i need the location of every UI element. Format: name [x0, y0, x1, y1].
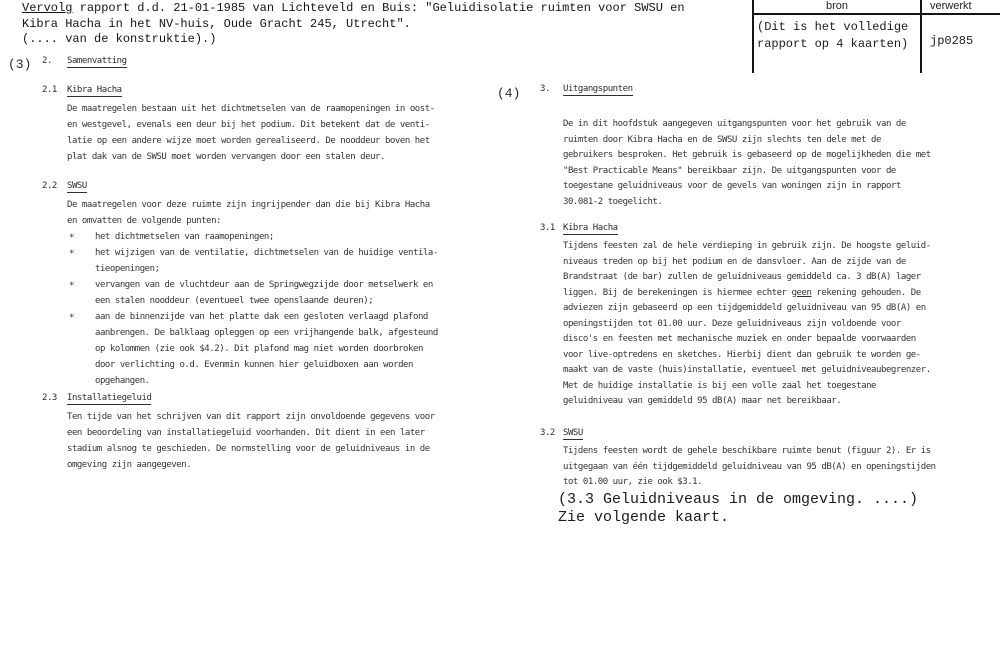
card-column-divider [920, 0, 922, 73]
section-3-2-swsu: 3.2 SWSU Tijdens feesten wordt de gehele… [540, 428, 995, 491]
bullet-item: * het wijzigen van de ventilatie, dichtm… [67, 245, 512, 277]
bullet-text: het wijzigen van de ventilatie, dichtmet… [95, 245, 512, 277]
section-title: Kibra Hacha [563, 223, 618, 235]
section-heading: 2.2 SWSU [42, 181, 512, 197]
section-intro: De maatregelen voor deze ruimte zijn ing… [67, 197, 512, 229]
bullet-item: * vervangen van de vluchtdeur aan de Spr… [67, 277, 512, 309]
bullet-marker: * [69, 278, 74, 294]
section-title: Samenvatting [67, 56, 127, 68]
section-3-uitgangspunten: 3. Uitgangspunten De in dit hoofdstuk aa… [540, 84, 995, 210]
bullet-text: vervangen van de vluchtdeur aan de Sprin… [95, 277, 512, 309]
scanned-report-card: Vervolg rapport d.d. 21-01-1985 van Lich… [0, 0, 1000, 649]
card-header-bron: bron [754, 0, 920, 12]
section-title: Installatiegeluid [67, 393, 151, 405]
section-number: 3.1 [540, 223, 555, 233]
section-heading: 3. Uitgangspunten [540, 84, 995, 100]
section-title: SWSU [563, 428, 583, 440]
section-number: 3. [540, 84, 550, 94]
section-title: SWSU [67, 181, 87, 193]
page-marker-3: (3) [8, 57, 31, 72]
section-title: Kibra Hacha [67, 85, 122, 97]
card-value-verwerkt: jp0285 [930, 34, 973, 48]
section-2-1-kibra-hacha: 2.1 Kibra Hacha De maatregelen bestaan u… [42, 85, 512, 165]
section-body: Tijdens feesten zal de hele verdieping i… [540, 239, 995, 410]
continuation-note: (3.3 Geluidniveaus in de omgeving. ....)… [558, 491, 918, 526]
bullet-marker: * [69, 310, 74, 326]
section-heading: 3.1 Kibra Hacha [540, 223, 995, 239]
section-body: De in dit hoofdstuk aangegeven uitgangsp… [540, 117, 995, 210]
card-value-bron: (Dit is het volledigerapport op 4 kaarte… [757, 19, 908, 52]
bullet-marker: * [69, 230, 74, 246]
bullet-item: * aan de binnenzijde van het platte dak … [67, 309, 512, 389]
section-number: 2.3 [42, 393, 57, 403]
section-number: 2.2 [42, 181, 57, 191]
bullet-text: aan de binnenzijde van het platte dak ee… [95, 309, 512, 389]
section-2-3-installatiegeluid: 2.3 Installatiegeluid Ten tijde van het … [42, 393, 512, 473]
section-number: 2.1 [42, 85, 57, 95]
index-card-table: bron verwerkt (Dit is het volledigerappo… [752, 0, 1000, 73]
section-title: Uitgangspunten [563, 84, 633, 96]
card-header-verwerkt: verwerkt [930, 0, 972, 12]
section-body: De maatregelen bestaan uit het dichtmets… [42, 101, 512, 165]
section-heading: 3.2 SWSU [540, 428, 995, 444]
section-number: 2. [42, 56, 52, 66]
section-2-2-swsu: 2.2 SWSU De maatregelen voor deze ruimte… [42, 181, 512, 389]
section-heading: 2.3 Installatiegeluid [42, 393, 512, 409]
section-body: De maatregelen voor deze ruimte zijn ing… [42, 197, 512, 389]
section-number: 3.2 [540, 428, 555, 438]
bullet-item: * het dichtmetselen van raamopeningen; [67, 229, 512, 245]
document-header: Vervolg rapport d.d. 21-01-1985 van Lich… [22, 1, 685, 48]
section-body: Tijdens feesten wordt de gehele beschikb… [540, 444, 995, 491]
bullet-marker: * [69, 246, 74, 262]
card-header-rule [752, 13, 1000, 15]
section-heading: 2.1 Kibra Hacha [42, 85, 512, 101]
section-heading: 2. Samenvatting [42, 56, 512, 72]
bullet-text: het dichtmetselen van raamopeningen; [95, 229, 512, 245]
section-body: Ten tijde van het schrijven van dit rapp… [42, 409, 512, 473]
section-3-1-kibra-hacha: 3.1 Kibra Hacha Tijdens feesten zal de h… [540, 223, 995, 410]
section-samenvatting: 2. Samenvatting [42, 56, 512, 72]
